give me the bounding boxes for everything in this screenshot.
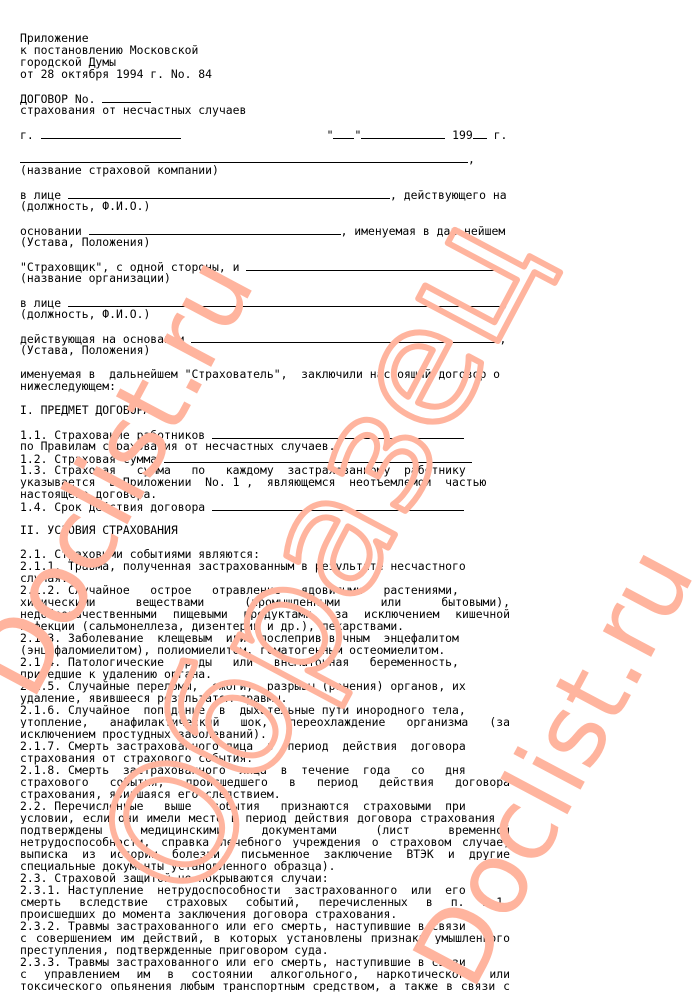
section1-heading: I. ПРЕДМЕТ ДОГОВОРА bbox=[20, 404, 510, 416]
document-page: Приложение к постановлению Московской го… bbox=[20, 20, 510, 992]
comma: , bbox=[502, 296, 509, 310]
hereinafter-label: , именуемая в дальнейшем bbox=[341, 224, 506, 238]
section2-body: 2.1. Страховыми событиями являются:2.1.1… bbox=[20, 548, 510, 992]
company-name-field[interactable] bbox=[20, 152, 468, 163]
clause-1-4: 1.4. Срок действия договора bbox=[20, 500, 510, 512]
section2-line: химическими веществами (промышленными ил… bbox=[20, 596, 510, 608]
section2-line: 2.2. Перечисленные выше события признают… bbox=[20, 800, 510, 812]
comma: , bbox=[468, 152, 475, 166]
section2-line: 2.3.1. Наступление нетрудоспособности за… bbox=[20, 884, 510, 896]
year-prefix: 199 bbox=[452, 128, 473, 142]
acting-basis-field[interactable] bbox=[191, 332, 499, 343]
section2-line: подтверждены медицинскими документами (л… bbox=[20, 824, 510, 836]
org-caption: (название организации) bbox=[20, 272, 510, 284]
clause-1-4-text: 1.4. Срок действия договора bbox=[20, 500, 205, 514]
insured-sum-field[interactable] bbox=[164, 452, 472, 463]
section2-line: 2.3.2. Травмы застрахованного или его см… bbox=[20, 920, 510, 932]
year-field[interactable] bbox=[473, 128, 487, 139]
section2-line: 2.1.8. Смерть застрахованного лица в теч… bbox=[20, 764, 510, 776]
section2-line: с управлением им в состоянии алкогольног… bbox=[20, 968, 510, 980]
representative2-field[interactable] bbox=[68, 296, 502, 307]
city-label: г. bbox=[20, 128, 34, 142]
conclusion-line-2: нижеследующем: bbox=[20, 380, 510, 392]
section2-line: 2.1.6. Случайное попадание в дыхательные… bbox=[20, 704, 510, 716]
comma: , bbox=[499, 332, 506, 346]
header-line-4: от 28 октября 1994 г. No. 84 bbox=[20, 68, 510, 80]
term-field[interactable] bbox=[212, 500, 464, 511]
month-field[interactable] bbox=[361, 128, 445, 139]
contract-number-field[interactable] bbox=[102, 92, 151, 103]
city-field[interactable] bbox=[41, 128, 181, 139]
section2-line: 2.1.2. Случайное острое отравление ядови… bbox=[20, 584, 510, 596]
company-caption: (название страховой компании) bbox=[20, 164, 510, 176]
charter-caption2: (Устава, Положения) bbox=[20, 344, 510, 356]
clause-1-1b: по Правилам страхования от несчастных сл… bbox=[20, 440, 510, 452]
comma: , bbox=[498, 260, 505, 274]
organization-field[interactable] bbox=[246, 260, 498, 271]
section2-line: 2.1.1. Травма, полученная застрахованным… bbox=[20, 560, 510, 572]
position-caption2: (должность, Ф.И.О.) bbox=[20, 308, 510, 320]
acting-on-label: , действующего на bbox=[390, 188, 507, 202]
section2-line: токсического опьянения любым транспортны… bbox=[20, 980, 510, 992]
city-date-line: г. "" 199 г. bbox=[20, 128, 510, 140]
day-field[interactable] bbox=[333, 128, 354, 139]
year-suffix: г. bbox=[494, 128, 508, 142]
section2-line: условии, если они имели место в период д… bbox=[20, 812, 510, 824]
basis-field[interactable] bbox=[89, 224, 341, 235]
section2-line: 2.3.3. Травмы застрахованного или его см… bbox=[20, 956, 510, 968]
quote-open: " bbox=[327, 128, 334, 142]
quote-close: " bbox=[354, 128, 361, 142]
employees-field[interactable] bbox=[212, 428, 464, 439]
contract-subtitle: страхования от несчастных случаев bbox=[20, 104, 510, 116]
section2-heading: II. УСЛОВИЯ СТРАХОВАНИЯ bbox=[20, 524, 510, 536]
clause-1-3c: настоящего договора. bbox=[20, 488, 510, 500]
representative-field[interactable] bbox=[68, 188, 390, 199]
section2-line: нетрудоспособности, справка лечебного уч… bbox=[20, 836, 510, 848]
